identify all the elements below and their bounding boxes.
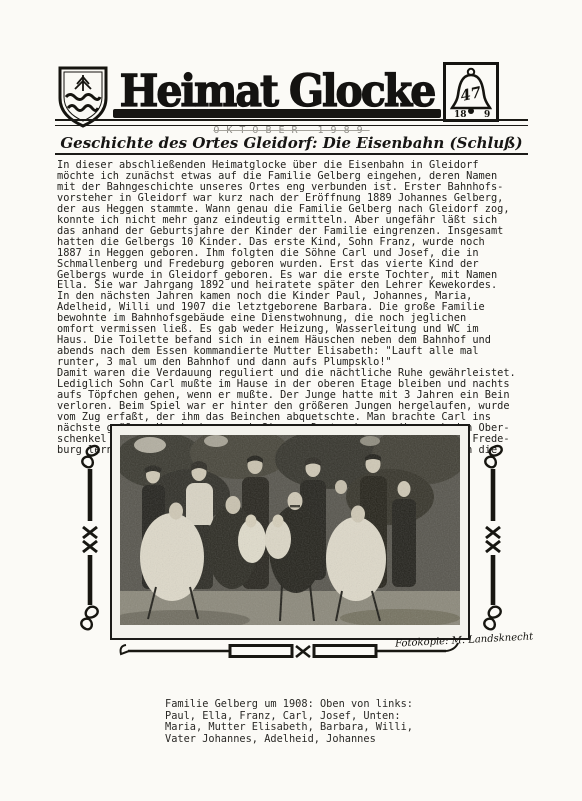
title-text: HeimatGlocke xyxy=(120,69,435,113)
article-headline: Geschichte des Ortes Gleidorf: Die Eisen… xyxy=(55,134,528,155)
newsletter-title: HeimatGlocke xyxy=(111,62,443,120)
bell-year-left: 18 xyxy=(454,110,467,119)
article-body: In dieser abschließenden Heimatglocke üb… xyxy=(57,160,533,456)
coat-of-arms-icon xyxy=(55,64,111,126)
photo-frame xyxy=(110,424,470,640)
masthead: HeimatGlocke 47 18 9 xyxy=(55,62,501,120)
bell-year-right: 9 xyxy=(484,110,490,119)
scanned-newsletter-page: HeimatGlocke 47 18 9 OKTOBER 1989 Geschi… xyxy=(0,0,582,801)
family-photograph xyxy=(120,435,460,625)
bell-icon: 47 18 9 xyxy=(443,62,499,122)
right-frame-ornament xyxy=(478,441,508,633)
photo-caption: Familie Gelberg um 1908: Oben von links:… xyxy=(165,699,413,745)
left-frame-ornament xyxy=(75,441,105,633)
